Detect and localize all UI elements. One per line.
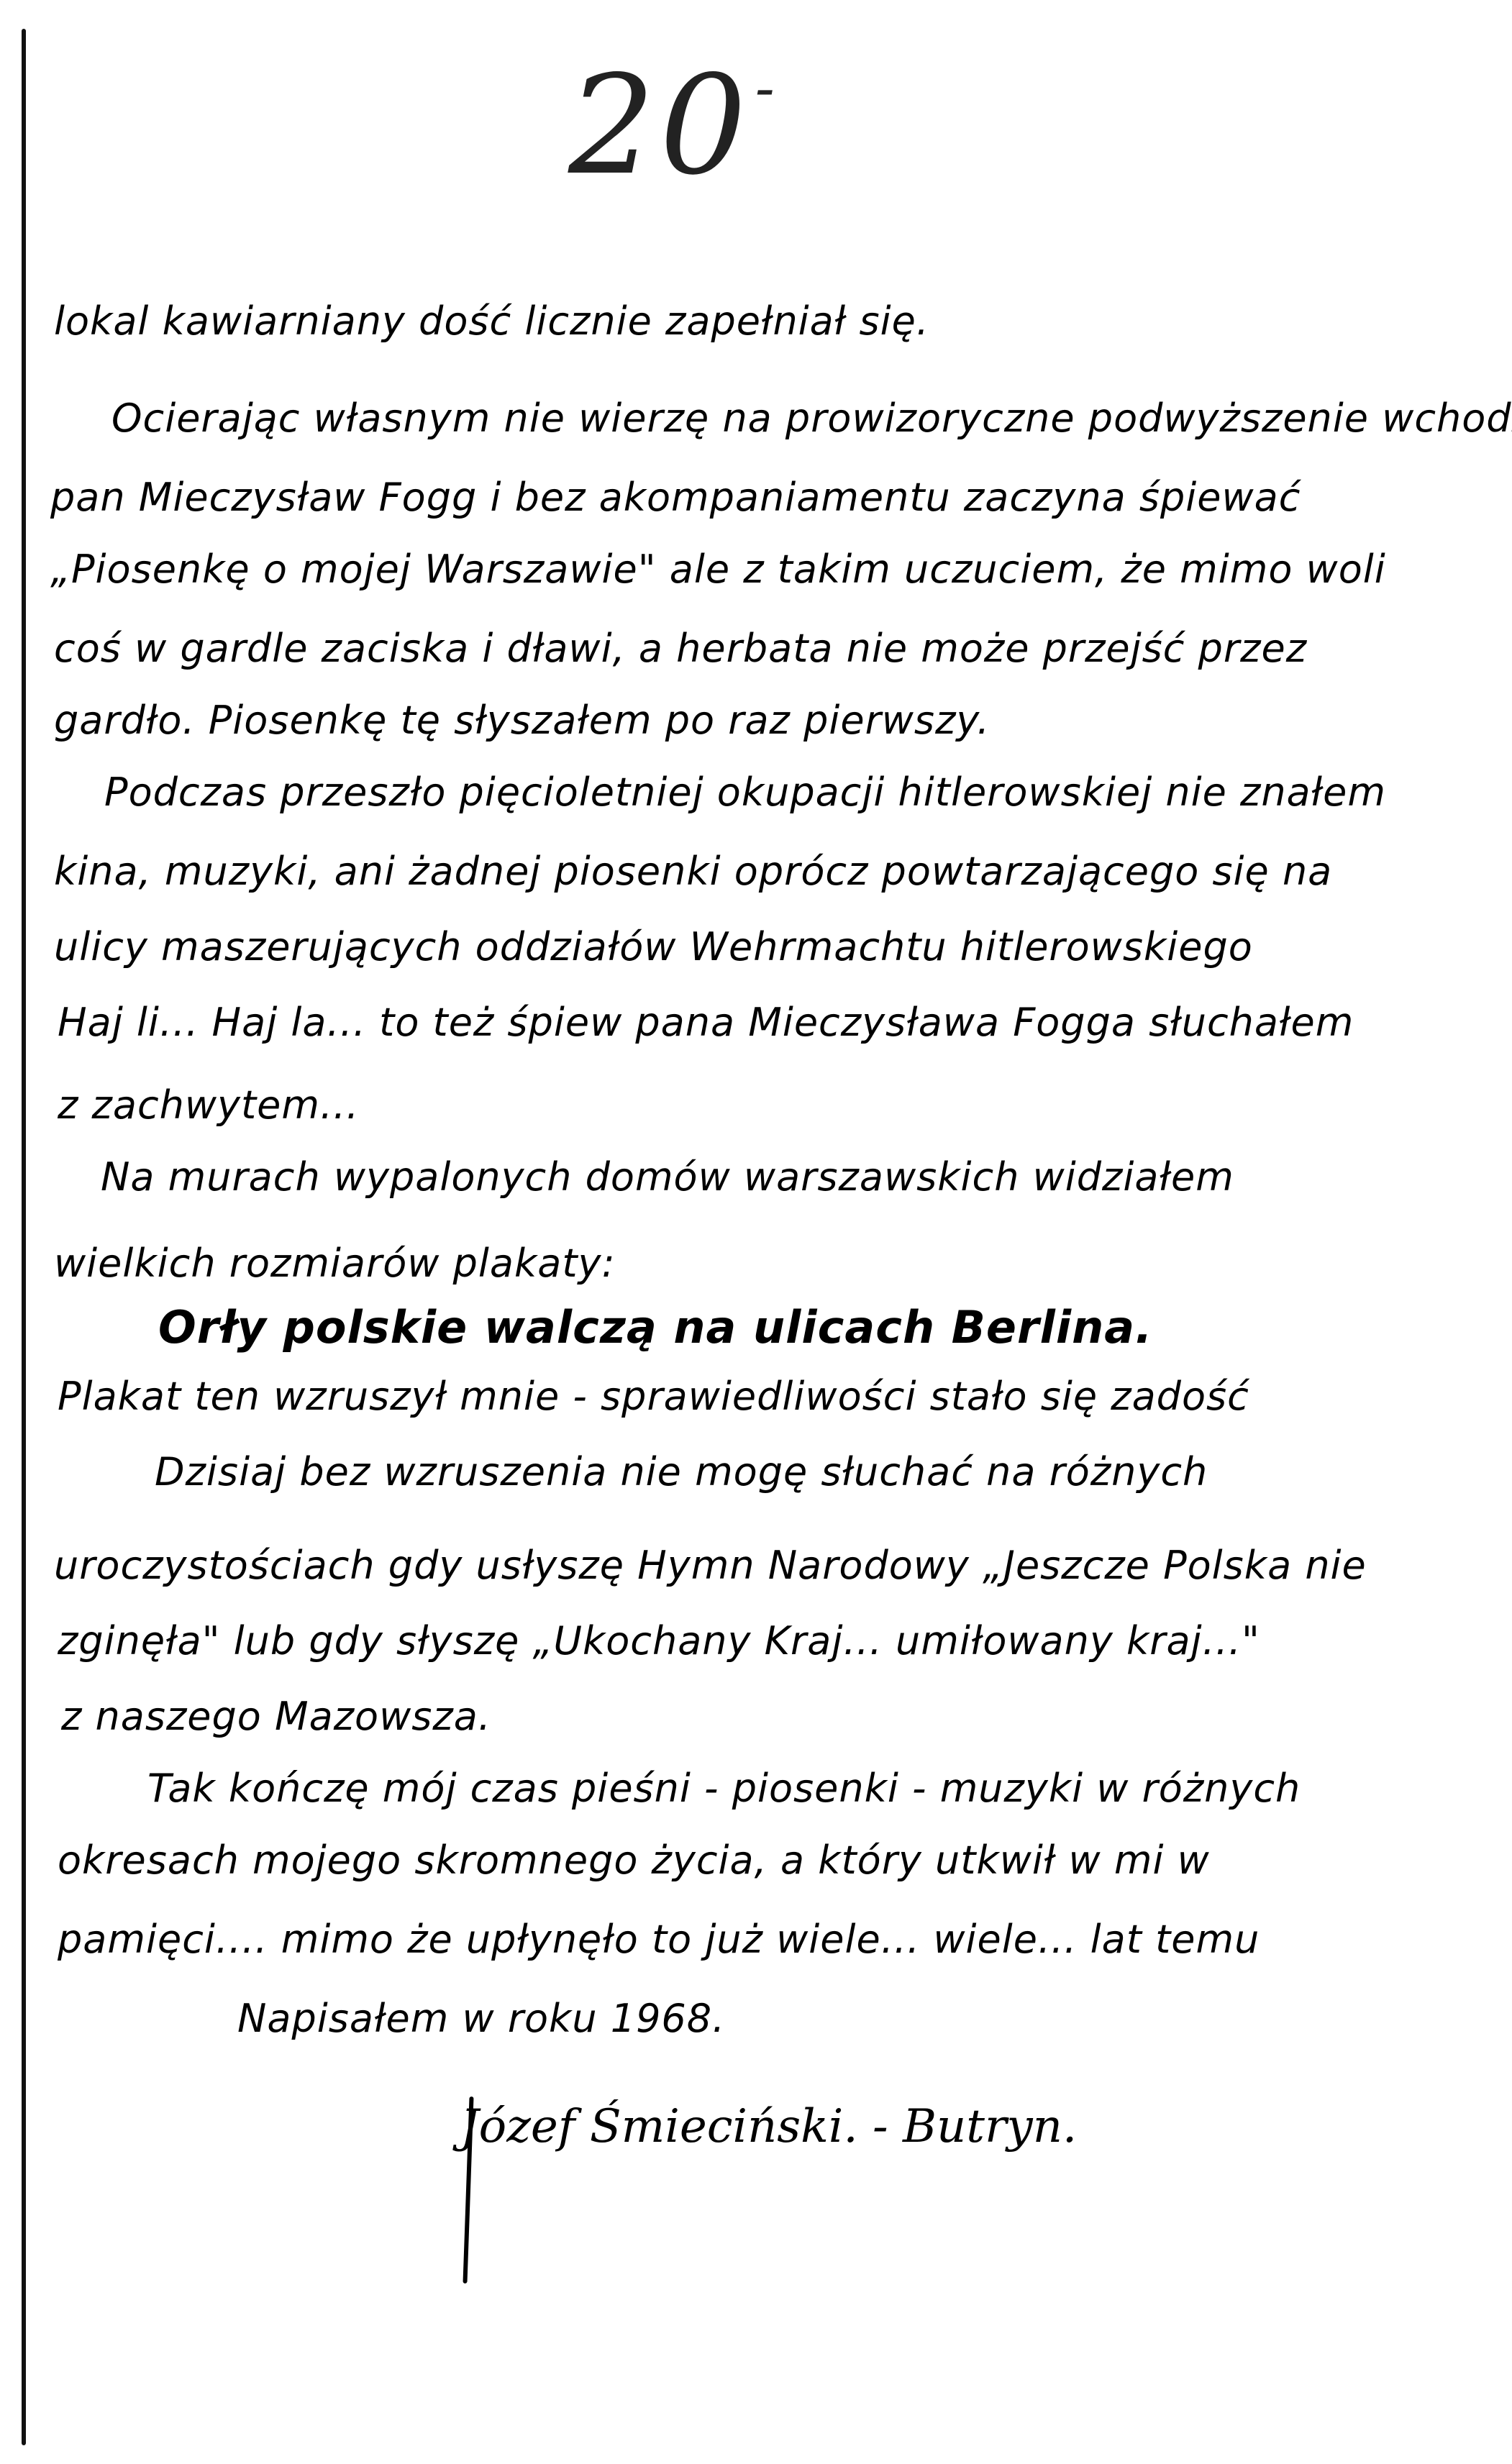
text-line: lokal kawiarniany dość licznie zapełniał… (54, 302, 929, 341)
text-line: Tak kończę mój czas pieśni - piosenki - … (147, 1769, 1301, 1808)
text-line: zginęła" lub gdy słyszę „Ukochany Kraj..… (58, 1622, 1260, 1661)
text-line: Plakat ten wzruszył mnie - sprawiedliwoś… (58, 1377, 1249, 1416)
signature: Józef Śmieciński. - Butryn. (460, 2100, 1077, 2153)
text-line: Haj li... Haj la... to też śpiew pana Mi… (58, 1003, 1354, 1042)
text-line: z zachwytem... (58, 1086, 359, 1125)
page-number-value: 20 (568, 46, 751, 205)
date-line: Napisałem w roku 1968. (237, 1999, 725, 2038)
text-line: „Piosenkę o mojej Warszawie" ale z takim… (50, 550, 1386, 589)
text-line: Na murach wypalonych domów warszawskich … (101, 1158, 1234, 1197)
text-line: Dzisiaj bez wzruszenia nie mogę słuchać … (155, 1453, 1208, 1492)
text-line: z naszego Mazowsza. (61, 1697, 491, 1736)
text-line: okresach mojego skromnego życia, a który… (58, 1841, 1210, 1880)
text-line: Podczas przeszło pięcioletniej okupacji … (104, 773, 1386, 812)
margin-rule (22, 29, 26, 2445)
poster-text-line: Orły polskie walczą na ulicach Berlina. (158, 1305, 1153, 1350)
text-line: wielkich rozmiarów plakaty: (54, 1244, 616, 1283)
text-line: coś w gardle zaciska i dławi, a herbata … (54, 629, 1307, 668)
page-number-suffix: - (755, 55, 779, 122)
text-line: Ocierając własnym nie wierzę na prowizor… (111, 399, 1512, 438)
text-line: ulicy maszerujących oddziałów Wehrmachtu… (54, 928, 1253, 967)
text-line: uroczystościach gdy usłyszę Hymn Narodow… (54, 1546, 1367, 1585)
text-line: gardło. Piosenkę tę słyszałem po raz pie… (54, 701, 990, 740)
text-line: pamięci.... mimo że upłynęło to już wiel… (58, 1920, 1260, 1959)
text-line: kina, muzyki, ani żadnej piosenki oprócz… (54, 852, 1332, 891)
page-number: 20- (568, 58, 779, 194)
text-line: pan Mieczysław Fogg i bez akompaniamentu… (50, 478, 1301, 517)
